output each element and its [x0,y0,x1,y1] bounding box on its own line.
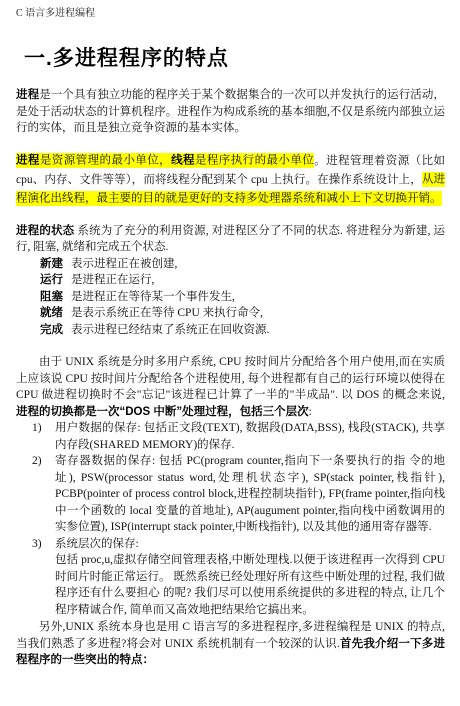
page-header: C 语言多进程编程 [16,8,445,20]
list-item: 运行是进程正在运行, [40,272,445,289]
list-item-number: 1) [31,420,55,437]
paragraph-context-switch: 由于 UNIX 系统是分时多用户系统, CPU 按时间片分配给各个用户使用,而在… [16,354,445,420]
list-item: 阻塞是进程正在等待某一个事件发生, [40,289,445,306]
highlight-term-thread: 线程 [171,153,195,168]
state-desc: 是进程正在运行, [71,274,154,286]
paragraph-process-definition: 进程是一个具有独立功能的程序关于某个数据集合的一次可以并发执行的运行活动，是处于… [16,87,445,137]
paragraph-context-switch-text: 由于 UNIX 系统是分时多用户系统, CPU 按时间片分配给各个用户使用,而在… [16,356,445,401]
paragraph-process-definition-text: 是一个具有独立功能的程序关于某个数据集合的一次可以并发执行的运行活动，是处于活动… [16,89,445,134]
process-states-list: 新建表示进程正在被创建, 运行是进程正在运行, 阻塞是进程正在等待某一个事件发生… [40,256,445,339]
paragraph-process-vs-thread: 进程是资源管理的最小单位，线程是程序执行的最小单位。进程管理着资源（比如 cpu… [16,152,445,209]
highlight-text-process-unit: 是资源管理的最小单位， [40,153,171,168]
state-term-ready: 就绪 [40,307,63,319]
list-item: 新建表示进程正在被创建, [40,256,445,273]
section-title: 一.多进程程序的特点 [24,46,445,72]
list-item-text: 寄存器数据的保存: 包括 PC(program counter,指向下一条要执行… [55,453,445,536]
state-term-new: 新建 [40,258,63,270]
state-desc: 表示进程正在被创建, [71,258,177,270]
state-term-blocked: 阻塞 [40,291,63,303]
paragraph-process-states: 进程的状态 系统为了充分的利用资源, 对进程区分了不同的状态. 将进程分为新建,… [16,223,445,256]
list-item: 就绪是表示系统正在等待 CPU 来执行命令, [40,305,445,322]
highlight-text-thread-unit: 是程序执行的最小单位 [195,153,314,168]
state-desc: 是表示系统正在等待 CPU 来执行命令, [71,307,263,319]
list-item: 完成表示进程已经结束了系统正在回收资源. [40,322,445,339]
list-item-number: 2) [31,453,55,470]
switch-levels-list: 1)用户数据的保存: 包括正文段(TEXT), 数据段(DATA,BSS), 栈… [16,420,445,618]
state-desc: 表示进程已经结束了系统正在回收资源. [71,324,269,336]
highlight-term-process: 进程 [16,153,40,168]
document-page: C 语言多进程编程 一.多进程程序的特点 进程是一个具有独立功能的程序关于某个数… [0,0,460,706]
list-item: 1)用户数据的保存: 包括正文段(TEXT), 数据段(DATA,BSS), 栈… [16,420,445,453]
term-process-states-bold: 进程的状态 [16,225,74,237]
context-switch-colon: : [309,406,312,418]
list-item: 2)寄存器数据的保存: 包括 PC(program counter,指向下一条要… [16,453,445,536]
list-item-text: 用户数据的保存: 包括正文段(TEXT), 数据段(DATA,BSS), 栈段(… [55,420,445,453]
context-switch-bold: 进程的切换都是一次“DOS 中断”处理过程，包括三个层次 [16,406,309,418]
list-item: 3)系统层次的保存: 包括 proc,u,虚拟存储空间管理表格,中断处理栈.以便… [16,536,445,619]
state-desc: 是进程正在等待某一个事件发生, [71,291,235,303]
term-process-bold: 进程 [16,89,39,101]
state-term-done: 完成 [40,324,63,336]
list-item-text: 系统层次的保存: 包括 proc,u,虚拟存储空间管理表格,中断处理栈.以便于该… [55,536,445,619]
paragraph-process-states-text: 系统为了充分的利用资源, 对进程区分了不同的状态. 将进程分为新建, 运行, 阻… [16,225,445,254]
paragraph-closing: 另外,UNIX 系统本身也是用 C 语言写的多进程程序,多进程编程是 UNIX … [16,619,445,669]
list-item-number: 3) [31,536,55,553]
state-term-running: 运行 [40,274,63,286]
